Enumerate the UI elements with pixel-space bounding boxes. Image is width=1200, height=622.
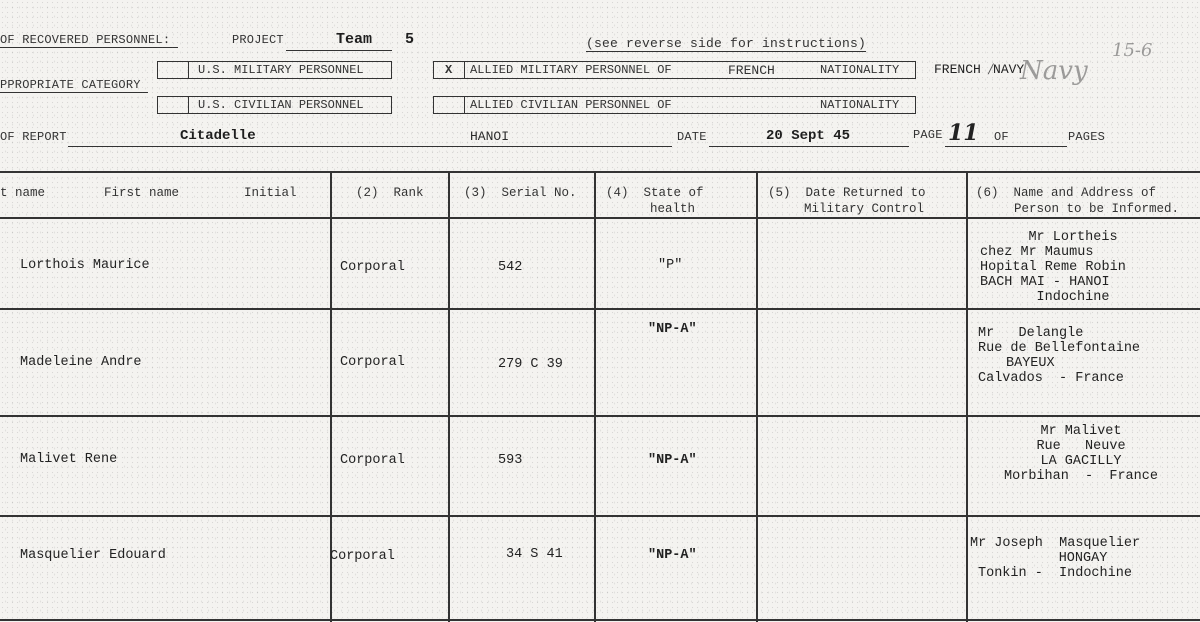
row-3-health: "NP-A" — [648, 453, 697, 468]
row-4-health: "NP-A" — [648, 548, 697, 563]
page-underline — [945, 146, 1067, 147]
col-divider — [756, 171, 758, 622]
project-underline — [286, 50, 392, 51]
row-1-name: Lorthois Maurice — [20, 258, 150, 273]
pages-label: PAGES — [1068, 130, 1105, 144]
report-city: HANOI — [470, 129, 509, 144]
of-label: OF — [994, 130, 1009, 144]
date-label: DATE — [677, 130, 707, 144]
row-1-serial: 542 — [498, 260, 522, 275]
service-branch: FRENCH /NAVY — [934, 62, 1024, 77]
row-2-health: "NP-A" — [648, 322, 697, 337]
header-date-returned-2: Military Control — [804, 202, 924, 217]
row-2-serial: 279 C 39 — [498, 357, 563, 372]
row-1-address: Mr Lortheis chez Mr Maumus Hopital Reme … — [968, 230, 1178, 305]
header-date-returned: (5) Date Returned to — [768, 186, 926, 201]
header-bottom-border — [0, 217, 1200, 219]
row-4-rank: Corporal — [330, 549, 395, 564]
header-initial: Initial — [244, 186, 297, 201]
header-health: (4) State of — [606, 186, 704, 201]
row-2-address: Mr Delangle Rue de Bellefontaine BAYEUX … — [978, 326, 1188, 386]
project-value: Team — [336, 31, 372, 48]
col-divider — [594, 171, 596, 622]
handwritten-number: 15-6 — [1112, 40, 1152, 61]
checkbox-allied-civilian[interactable] — [433, 96, 465, 114]
row-3-serial: 593 — [498, 453, 522, 468]
handwritten-note: Navy — [1020, 56, 1088, 86]
paper-texture — [0, 0, 1200, 622]
checkbox-us-civilian[interactable] — [157, 96, 189, 114]
row-2-name: Madeleine Andre — [20, 355, 142, 370]
instructions-note: (see reverse side for instructions) — [586, 36, 866, 52]
table-top-border — [0, 171, 1200, 173]
row-3-address: Mr Malivet Rue Neuve LA GACILLY Morbihan… — [968, 424, 1194, 484]
row-1-rank: Corporal — [340, 260, 405, 275]
checkbox-allied-military[interactable]: X — [433, 61, 465, 79]
header-serial: (3) Serial No. — [464, 186, 577, 201]
row-3-name: Malivet Rene — [20, 452, 117, 467]
header-person-informed: (6) Name and Address of — [976, 186, 1156, 201]
row-divider — [0, 515, 1200, 517]
category-us-civilian: U.S. CIVILIAN PERSONNEL — [188, 96, 392, 114]
page-label: PAGE — [913, 128, 943, 142]
row-4-name: Masquelier Edouard — [20, 548, 166, 563]
row-divider — [0, 415, 1200, 417]
header-last-name: t name — [0, 186, 45, 201]
date-value: 20 Sept 45 — [766, 128, 850, 144]
report-place-underline — [68, 146, 672, 147]
report-place-value: Citadelle — [180, 128, 256, 144]
date-underline — [709, 146, 909, 147]
header-person-informed-2: Person to be Informed. — [1014, 202, 1179, 217]
row-3-rank: Corporal — [340, 453, 405, 468]
row-4-address: Mr Joseph Masquelier HONGAY Tonkin - Ind… — [970, 536, 1196, 581]
col-divider — [448, 171, 450, 622]
category-allied-military: ALLIED MILITARY PERSONNEL OF FRENCH NATI… — [464, 61, 916, 79]
report-place-label: OF REPORT — [0, 130, 67, 144]
project-label: PROJECT — [232, 33, 284, 47]
page-value: 11 — [948, 120, 979, 146]
form-title: OF RECOVERED PERSONNEL: — [0, 33, 178, 48]
project-number: 5 — [405, 31, 414, 48]
row-1-health: "P" — [658, 258, 682, 273]
header-health-2: health — [650, 202, 695, 217]
nationality-value: FRENCH — [728, 63, 775, 78]
category-label: PPROPRIATE CATEGORY — [0, 78, 148, 93]
row-2-rank: Corporal — [340, 355, 405, 370]
category-allied-civilian: ALLIED CIVILIAN PERSONNEL OF NATIONALITY — [464, 96, 916, 114]
checkbox-us-military[interactable] — [157, 61, 189, 79]
row-divider — [0, 619, 1200, 621]
category-us-military: U.S. MILITARY PERSONNEL — [188, 61, 392, 79]
row-divider — [0, 308, 1200, 310]
header-rank: (2) Rank — [356, 186, 424, 201]
row-4-serial: 34 S 41 — [506, 547, 563, 562]
header-first-name: First name — [104, 186, 179, 201]
